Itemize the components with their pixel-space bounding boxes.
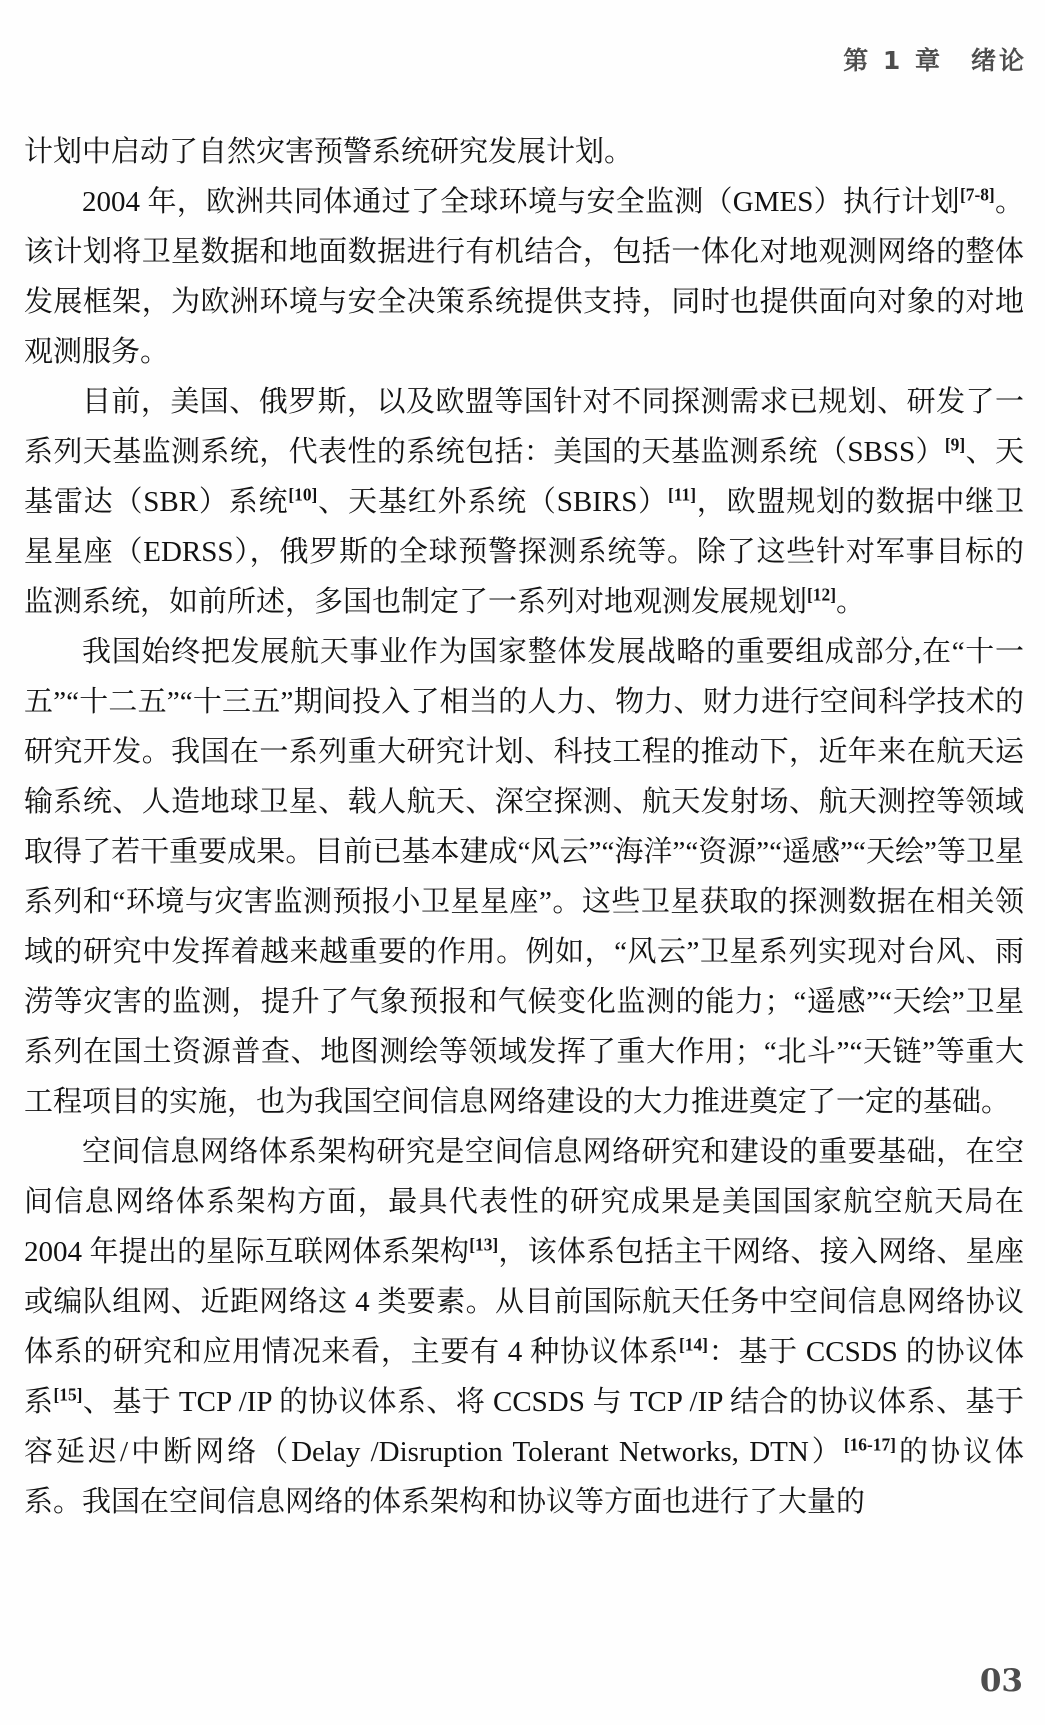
reference-superscript: [14]	[679, 1334, 708, 1354]
paragraph-text: 。	[836, 586, 865, 618]
paragraph: 目前，美国、俄罗斯，以及欧盟等国针对不同探测需求已规划、研发了一系列天基监测系统…	[24, 377, 1024, 627]
paragraph-text: 、基于 TCP /IP 的协议体系、将 CCSDS 与 TCP /IP 结合的协…	[24, 1386, 1024, 1468]
reference-superscript: [11]	[668, 484, 696, 504]
paragraph: 计划中启动了自然灾害预警系统研究发展计划。	[24, 127, 1024, 177]
paragraph: 2004 年，欧洲共同体通过了全球环境与安全监测（GMES）执行计划[7-8]。…	[24, 177, 1024, 377]
paragraph-text: 计划中启动了自然灾害预警系统研究发展计划。	[24, 136, 633, 168]
reference-superscript: [12]	[807, 584, 836, 604]
paragraph-text: 我国始终把发展航天事业作为国家整体发展战略的重要组成部分,在“十一五”“十二五”…	[24, 636, 1024, 1118]
reference-superscript: [16-17]	[844, 1434, 896, 1454]
paragraph-text: 2004 年，欧洲共同体通过了全球环境与安全监测（GMES）执行计划	[82, 186, 960, 218]
paragraph: 我国始终把发展航天事业作为国家整体发展战略的重要组成部分,在“十一五”“十二五”…	[24, 627, 1024, 1127]
chapter-header-label: 第 1 章 绪论	[843, 46, 1027, 75]
paragraph-text: 、天基红外系统（SBIRS）	[317, 486, 668, 518]
reference-superscript: [9]	[945, 434, 965, 454]
reference-superscript: [15]	[53, 1384, 82, 1404]
paragraph-text: 目前，美国、俄罗斯，以及欧盟等国针对不同探测需求已规划、研发了一系列天基监测系统…	[24, 386, 1024, 468]
book-page: 第 1 章 绪论 计划中启动了自然灾害预警系统研究发展计划。2004 年，欧洲共…	[0, 0, 1045, 1725]
reference-superscript: [10]	[288, 484, 317, 504]
page-number: 03	[980, 1663, 1023, 1699]
reference-superscript: [13]	[469, 1234, 498, 1254]
page-body: 计划中启动了自然灾害预警系统研究发展计划。2004 年，欧洲共同体通过了全球环境…	[24, 127, 1024, 1527]
paragraph: 空间信息网络体系架构研究是空间信息网络研究和建设的重要基础，在空间信息网络体系架…	[24, 1127, 1024, 1527]
reference-superscript: [7-8]	[960, 184, 995, 204]
running-header: 第 1 章 绪论	[796, 12, 1027, 106]
